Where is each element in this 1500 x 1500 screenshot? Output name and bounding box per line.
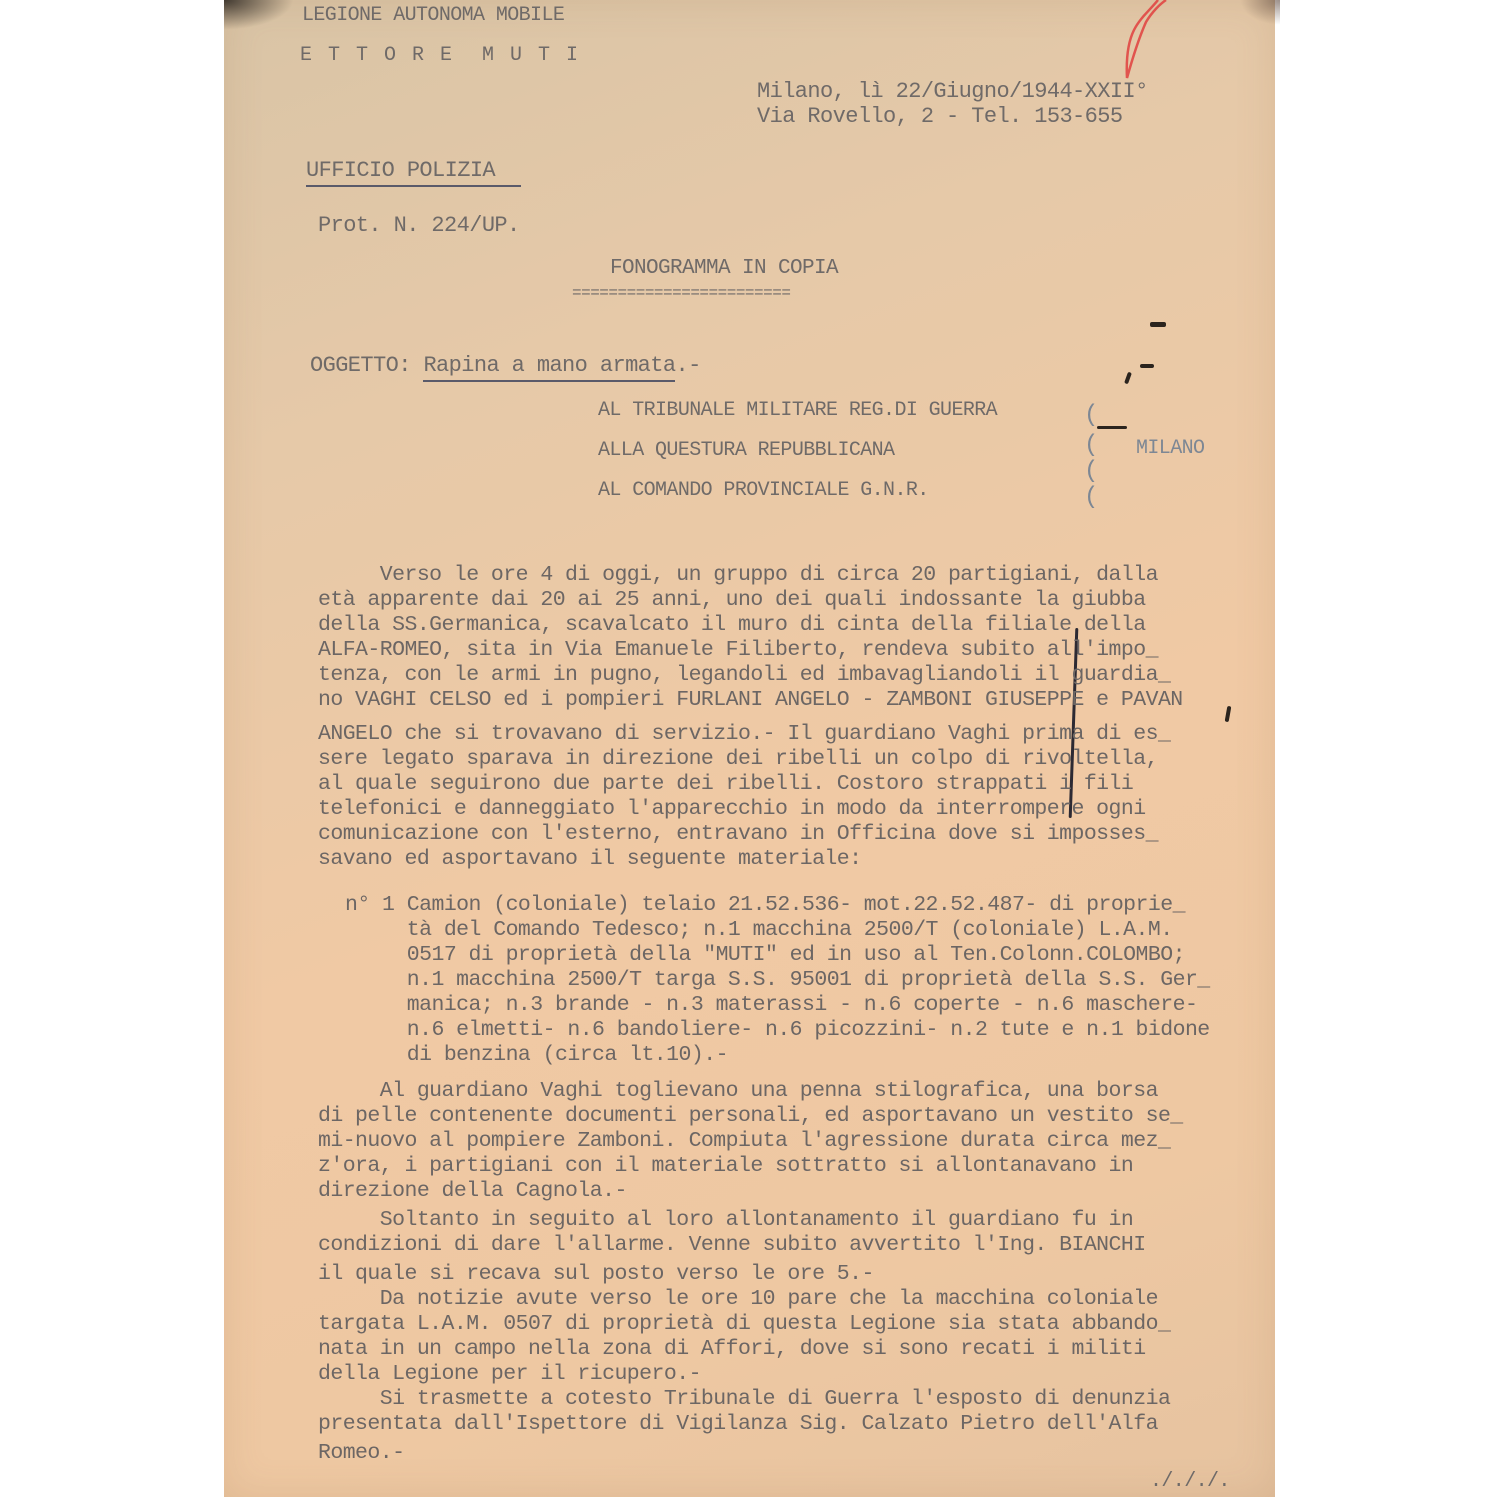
brace-mark: (	[1084, 402, 1098, 429]
body-line: il quale si recava sul posto verso le or…	[318, 1262, 874, 1286]
title-underline: ========================	[572, 284, 790, 302]
body-line: Romeo.-	[318, 1441, 404, 1465]
subject-text: Rapina a mano armata	[423, 353, 675, 382]
list-line: manica; n.3 brande - n.3 materassi - n.6…	[345, 993, 1197, 1017]
body-line: età apparente dai 20 ai 25 anni, uno dei…	[318, 588, 1146, 612]
body-line: della SS.Germanica, scavalcato il muro d…	[318, 613, 1146, 637]
body-line: no VAGHI CELSO ed i pompieri FURLANI ANG…	[318, 688, 1183, 712]
body-line: comunicazione con l'esterno, entravano i…	[318, 822, 1158, 846]
office-name: UFFICIO POLIZIA	[306, 158, 521, 183]
page-corner-shadow-right	[1240, 0, 1280, 25]
brace-mark: (	[1084, 484, 1098, 511]
body-line: nata in un campo nella zona di Affori, d…	[318, 1337, 1146, 1361]
body-line: Da notizie avute verso le ore 10 pare ch…	[318, 1287, 1158, 1311]
body-line: telefonici e danneggiato l'apparecchio i…	[318, 797, 1146, 821]
letterhead-name: E T T O R E M U T I	[300, 44, 580, 67]
list-line: n° 1 Camion (coloniale) telaio 21.52.536…	[345, 893, 1185, 917]
brace-mark: (	[1084, 458, 1098, 485]
body-line: Soltanto in seguito al loro allontanamen…	[318, 1208, 1133, 1232]
list-line: n.1 macchina 2500/T targa S.S. 95001 di …	[345, 968, 1210, 992]
body-line: condizioni di dare l'allarme. Venne subi…	[318, 1233, 1146, 1257]
body-line: Si trasmette a cotesto Tribunale di Guer…	[318, 1387, 1170, 1411]
body-line: mi-nuovo al pompiere Zamboni. Compiuta l…	[318, 1129, 1170, 1153]
body-line: presentata dall'Ispettore di Vigilanza S…	[318, 1412, 1158, 1436]
body-line: ALFA-ROMEO, sita in Via Emanuele Filiber…	[318, 638, 1158, 662]
date-line: Milano, lì 22/Giugno/1944-XXII°	[757, 79, 1148, 104]
brace-mark: (	[1084, 432, 1098, 459]
body-line: Verso le ore 4 di oggi, un gruppo di cir…	[318, 563, 1158, 587]
recipient-1: AL TRIBUNALE MILITARE REG.DI GUERRA	[598, 399, 997, 422]
body-line: direzione della Cagnola.-	[318, 1179, 627, 1203]
list-line: di benzina (circa lt.10).-	[345, 1043, 728, 1067]
address-line: Via Rovello, 2 - Tel. 153-655	[757, 104, 1122, 129]
subject-line: OGGETTO: Rapina a mano armata.-	[310, 353, 701, 378]
protocol-number: Prot. N. 224/UP.	[318, 213, 520, 238]
recipients-city: MILANO	[1136, 437, 1204, 460]
office-name-text: UFFICIO POLIZIA	[306, 158, 521, 187]
list-line: tà del Comando Tedesco; n.1 macchina 250…	[345, 918, 1173, 942]
page-corner-shadow	[224, 0, 294, 30]
body-line: savano ed asportavano il seguente materi…	[318, 847, 862, 871]
body-line: al quale seguirono due parte dei ribelli…	[318, 772, 1133, 796]
ink-smudge	[1097, 426, 1127, 429]
document-title: FONOGRAMMA IN COPIA	[610, 257, 838, 280]
letterhead-organization: LEGIONE AUTONOMA MOBILE	[302, 4, 564, 27]
body-line: z'ora, i partigiani con il materiale sot…	[318, 1154, 1133, 1178]
list-line: n.6 elmetti- n.6 bandoliere- n.6 picozzi…	[345, 1018, 1210, 1042]
ink-smudge	[1140, 364, 1154, 368]
body-line: della Legione per il ricupero.-	[318, 1362, 701, 1386]
recipient-2: ALLA QUESTURA REPUBBLICANA	[598, 439, 894, 462]
body-line: Al guardiano Vaghi toglievano una penna …	[318, 1079, 1158, 1103]
body-line: targata L.A.M. 0507 di proprietà di ques…	[318, 1312, 1170, 1336]
subject-label: OGGETTO:	[310, 353, 411, 378]
recipient-3: AL COMANDO PROVINCIALE G.N.R.	[598, 479, 929, 502]
body-line: sere legato sparava in direzione dei rib…	[318, 747, 1158, 771]
body-line: ANGELO che si trovavano di servizio.- Il…	[318, 722, 1170, 746]
subject-suffix: .-	[675, 353, 700, 378]
red-pencil-mark-icon	[1110, 0, 1170, 85]
list-line: 0517 di proprietà della "MUTI" ed in uso…	[345, 943, 1185, 967]
body-line: tenza, con le armi in pugno, legandoli e…	[318, 663, 1170, 687]
ink-smudge	[1150, 322, 1166, 327]
body-line: di pelle contenente documenti personali,…	[318, 1104, 1183, 1128]
end-mark: ./././.	[1150, 1470, 1230, 1493]
